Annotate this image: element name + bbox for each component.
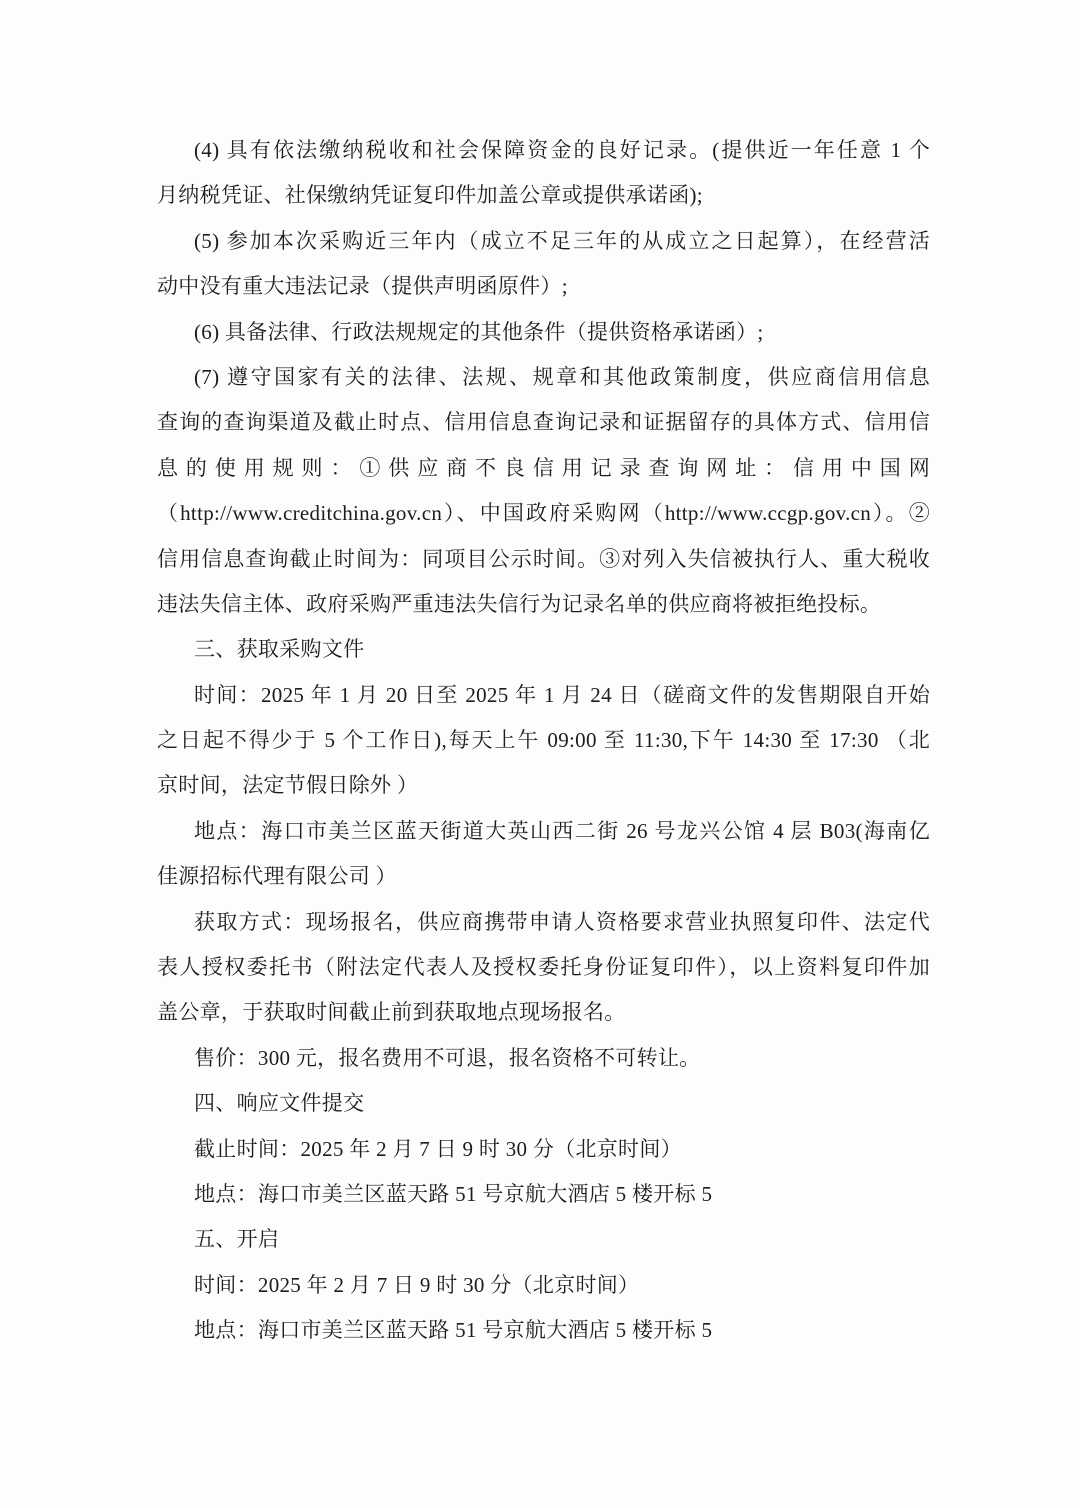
text-line: 时间：2025 年 1 月 20 日至 2025 年 1 月 24 日（磋商文件… [157,673,930,718]
text-line: 息的使用规则：①供应商不良信用记录查询网址：信用中国网 [157,446,930,491]
text-line: 动中没有重大违法记录（提供声明函原件）; [157,264,930,309]
text-line: 时间：2025 年 2 月 7 日 9 时 30 分（北京时间） [157,1263,930,1308]
section-heading: 四、响应文件提交 [157,1081,930,1126]
text-line: 获取方式：现场报名，供应商携带申请人资格要求营业执照复印件、法定代 [157,900,930,945]
text-line: 地点：海口市美兰区蓝天路 51 号京航大酒店 5 楼开标 5 [157,1308,930,1353]
document-page: (4) 具有依法缴纳税收和社会保障资金的良好记录。(提供近一年任意 1 个 月纳… [0,0,1080,1508]
text-line: 地点：海口市美兰区蓝天路 51 号京航大酒店 5 楼开标 5 [157,1172,930,1217]
text-line: (6) 具备法律、行政法规规定的其他条件（提供资格承诺函）; [157,310,930,355]
text-line: （http://www.creditchina.gov.cn）、中国政府采购网（… [157,491,930,536]
text-line: 佳源招标代理有限公司 ） [157,854,930,899]
section-heading: 三、获取采购文件 [157,627,930,672]
text-line: 违法失信主体、政府采购严重违法失信行为记录名单的供应商将被拒绝投标。 [157,582,930,627]
text-line: 京时间，法定节假日除外 ） [157,763,930,808]
text-line: 查询的查询渠道及截止时点、信用信息查询记录和证据留存的具体方式、信用信 [157,400,930,445]
text-line: 信用信息查询截止时间为：同项目公示时间。③对列入失信被执行人、重大税收 [157,537,930,582]
document-body: (4) 具有依法缴纳税收和社会保障资金的良好记录。(提供近一年任意 1 个 月纳… [157,128,930,1354]
text-line: 之日起不得少于 5 个工作日),每天上午 09:00 至 11:30,下午 14… [157,718,930,763]
text-line: 盖公章，于获取时间截止前到获取地点现场报名。 [157,990,930,1035]
section-heading: 五、开启 [157,1217,930,1262]
text-line: 地点：海口市美兰区蓝天街道大英山西二街 26 号龙兴公馆 4 层 B03(海南亿 [157,809,930,854]
text-line: (5) 参加本次采购近三年内（成立不足三年的从成立之日起算），在经营活 [157,219,930,264]
text-line: (4) 具有依法缴纳税收和社会保障资金的良好记录。(提供近一年任意 1 个 [157,128,930,173]
text-line: 月纳税凭证、社保缴纳凭证复印件加盖公章或提供承诺函); [157,173,930,218]
text-line: 表人授权委托书（附法定代表人及授权委托身份证复印件），以上资料复印件加 [157,945,930,990]
text-line: 售价：300 元，报名费用不可退，报名资格不可转让。 [157,1036,930,1081]
text-line: 截止时间：2025 年 2 月 7 日 9 时 30 分（北京时间） [157,1127,930,1172]
text-line: (7) 遵守国家有关的法律、法规、规章和其他政策制度，供应商信用信息 [157,355,930,400]
